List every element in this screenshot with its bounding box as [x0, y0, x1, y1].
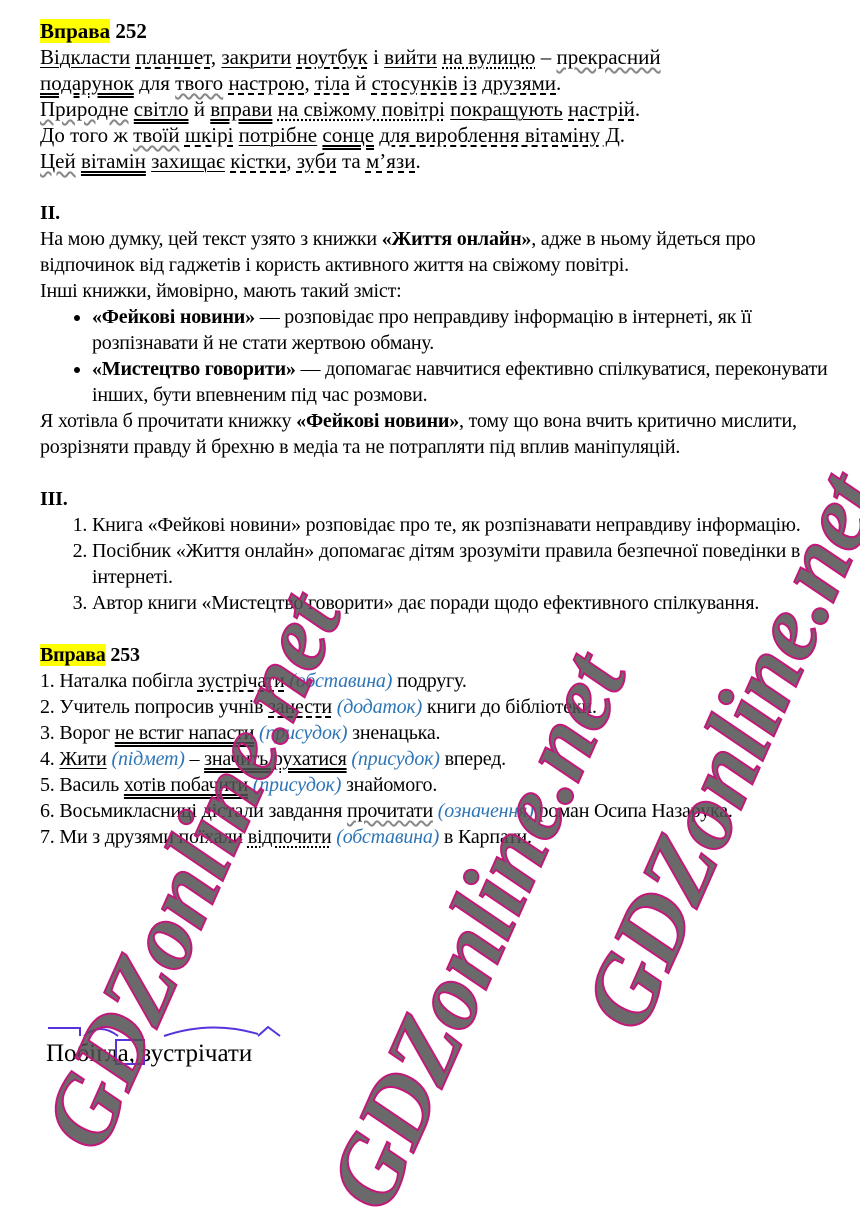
infinitive: прочитати [347, 800, 433, 822]
sentence-member: для вироблення вітаміну Д [379, 123, 620, 147]
list-item: Посібник «Життя онлайн» допомагає дітям … [92, 538, 840, 590]
syntactic-role: (додаток) [337, 696, 422, 718]
sentence-member: настрою [228, 71, 304, 95]
sentence-member: зуби [297, 149, 337, 173]
sentence-member: твого [175, 71, 223, 95]
exercise-number: 252 [115, 19, 147, 43]
root-arc [84, 1029, 118, 1036]
sentence-member: прекрасний [556, 45, 660, 69]
sentence-list: 1. Наталка побігла зустрічати (обставина… [40, 668, 840, 850]
parsed-text: Відкласти планшет, закрити ноутбук і вий… [40, 44, 840, 174]
list-item: «Фейкові новини» — розповідає про неправ… [92, 304, 840, 356]
syntactic-role: (підмет) [112, 748, 185, 770]
infinitive: хотів побачити [124, 774, 248, 796]
syntactic-role: (обставина) [336, 826, 439, 848]
document-page: Вправа 252 Відкласти планшет, закрити но… [40, 18, 840, 850]
part-2-paragraph-3: Я хотівла б прочитати книжку «Фейкові но… [40, 408, 840, 460]
syntactic-role: (обставина) [289, 670, 392, 692]
sentence: 5. Василь хотів побачити (присудок) знай… [40, 772, 840, 798]
ending-box [116, 1040, 144, 1064]
sentence-member: шкірі [185, 123, 234, 147]
sentence-member: потрібне [239, 123, 317, 147]
sentence: 4. Жити (підмет) – значить рухатися (при… [40, 746, 840, 772]
text-line: подарунок для твого настрою, тіла й стос… [40, 70, 840, 96]
sentence-member: тіла [315, 71, 350, 95]
text-line: Цей вітамін захищає кістки, зуби та м’яз… [40, 148, 840, 174]
sentence-member: вийти [384, 45, 437, 69]
text-line: Відкласти планшет, закрити ноутбук і вий… [40, 44, 840, 70]
part-2-heading: II. [40, 200, 840, 226]
syntactic-role: (присудок) [351, 748, 439, 770]
sentence-member: ноутбук [297, 45, 368, 69]
part-2-paragraph-2: Інші книжки, ймовірно, мають такий зміст… [40, 278, 840, 304]
infinitive: занести [268, 696, 332, 718]
sentence-member: сонце [322, 123, 374, 147]
sentence-member: Відкласти [40, 45, 130, 69]
infinitive: відпочити [248, 826, 332, 848]
sentence-member: твоїй [133, 123, 180, 147]
exercise-253-title: Вправа 253 [40, 642, 840, 668]
infinitive: Жити [59, 748, 106, 770]
part-3: III. Книга «Фейкові новини» розповідає п… [40, 486, 840, 616]
sentence-member: кістки [230, 149, 286, 173]
list-item: Автор книги «Мистецтво говорити» дає пор… [92, 590, 840, 616]
sentence-list: Книга «Фейкові новини» розповідає про те… [40, 512, 840, 616]
text-line: До того ж твоїй шкірі потрібне сонце для… [40, 122, 840, 148]
sentence-member: покращують [450, 97, 563, 121]
syntactic-role: (означення) [438, 800, 534, 822]
sentence-member: захищає [151, 149, 225, 173]
syntactic-role: (присудок) [253, 774, 341, 796]
part-2: II. На мою думку, цей текст узято з книж… [40, 200, 840, 460]
root-arc-2 [164, 1027, 258, 1036]
sentence-member: Природне [40, 97, 129, 121]
prefix-mark [48, 1028, 80, 1036]
sentence-member: стосунків із друзями [372, 71, 557, 95]
sentence: 7. Ми з друзями поїхали відпочити (обста… [40, 824, 840, 850]
sentence-member: планшет [136, 45, 211, 69]
sentence-member: подарунок [40, 71, 134, 95]
exercise-253: Вправа 253 1. Наталка побігла зустрічати… [40, 642, 840, 850]
list-item: Книга «Фейкові новини» розповідає про те… [92, 512, 840, 538]
exercise-252: Вправа 252 Відкласти планшет, закрити но… [40, 18, 840, 174]
part-2-paragraph-1: На мою думку, цей текст узято з книжки «… [40, 226, 840, 278]
sentence: 2. Учитель попросив учнів занести (додат… [40, 694, 840, 720]
sentence-member: Цей [40, 149, 76, 173]
sentence-member: на вулицю [442, 45, 535, 69]
sentence-member: настрій [568, 97, 635, 121]
word-structure-scheme: Побігла, зустрічати [46, 1040, 252, 1068]
sentence-member: світло [134, 97, 189, 121]
sentence: 6. Восьмикласниці дістали завдання прочи… [40, 798, 840, 824]
exercise-252-title: Вправа 252 [40, 18, 840, 44]
text-line: Природне світло й вправи на свіжому пові… [40, 96, 840, 122]
sentence: 3. Ворог не встиг напасти (присудок) зне… [40, 720, 840, 746]
infinitive: не встиг напасти [115, 722, 254, 744]
exercise-label: Вправа [40, 19, 110, 43]
exercise-label: Вправа [40, 644, 106, 666]
suffix-mark [258, 1027, 280, 1036]
sentence-member: м’язи [366, 149, 415, 173]
infinitive: зустрічати [198, 670, 285, 692]
sentence-member: вітамін [81, 149, 146, 173]
sentence: 1. Наталка побігла зустрічати (обставина… [40, 668, 840, 694]
infinitive: значить рухатися [204, 748, 346, 770]
syntactic-role: (присудок) [259, 722, 347, 744]
sentence-member: вправи [210, 97, 272, 121]
list-item: «Мистецтво говорити» — допомагає навчити… [92, 356, 840, 408]
sentence-member: закрити [221, 45, 291, 69]
exercise-number: 253 [110, 644, 139, 666]
part-3-heading: III. [40, 486, 840, 512]
book-list: «Фейкові новини» — розповідає про неправ… [40, 304, 840, 408]
morpheme-marks [46, 1026, 306, 1066]
sentence-member: на свіжому повітрі [278, 97, 445, 121]
